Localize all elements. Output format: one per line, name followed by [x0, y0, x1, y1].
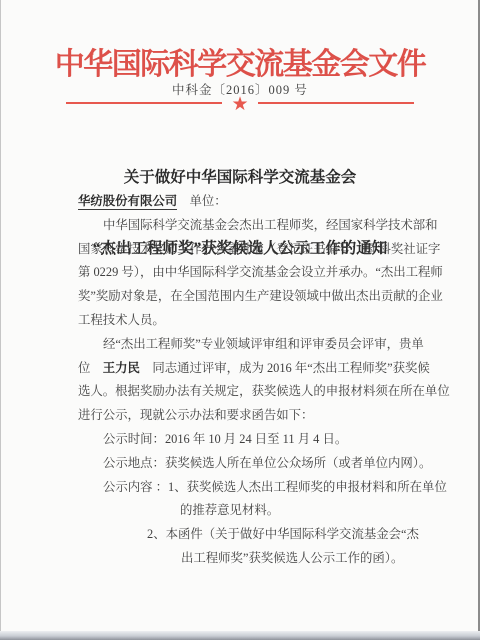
text-line: 中华国际科学交流基金会杰出工程师奖，经国家科学技术部和	[78, 214, 430, 238]
text-line: 进行公示，现就公示办法和要求函告如下：	[78, 404, 430, 428]
text-segment: 第 0229 号），由中华国际科学交流基金会设立并承办。“杰出工程师	[78, 265, 443, 279]
divider-line-left	[66, 102, 222, 104]
text-line: 位 王力民 同志通过评审，成为 2016 年“杰出工程师奖”获奖候	[78, 357, 430, 381]
emphasized-text: 王力民	[103, 361, 140, 375]
text-line: 公示内容 ：1、获奖候选人杰出工程师奖的申报材料和所在单位	[78, 476, 430, 500]
text-line: 奖”奖励对象是，在全国范围内生产建设领域中做出杰出贡献的企业	[78, 285, 430, 309]
text-line: 工程技术人员。	[78, 309, 430, 333]
text-segment: 同志通过评审，成为 2016 年“杰出工程师奖”获奖候	[140, 361, 430, 375]
text-segment: 2、本函件（关于做好中华国际科学交流基金会“杰	[147, 527, 419, 541]
text-segment: 经“杰出工程师奖”专业领域评审组和评审委员会评审，贵单	[103, 337, 424, 351]
document-page: 中华国际科学交流基金会文件 中科金〔2016〕009 号 ★ 关于做好中华国际科…	[0, 0, 480, 640]
text-line: 公示时间：2016 年 10 月 24 日至 11 月 4 日。	[78, 428, 430, 452]
text-segment: 奖”奖励对象是，在全国范围内生产建设领域中做出杰出贡献的企业	[78, 289, 443, 303]
letterhead-org-title: 中华国际科学交流基金会文件	[0, 39, 480, 83]
text-segment: 出工程师奖”获奖候选人公示工作的函）。	[181, 551, 403, 565]
text-segment: 单位：	[177, 194, 227, 208]
header-divider: ★	[0, 93, 480, 113]
emphasized-text: 华纺股份有限公司	[78, 194, 177, 210]
text-segment: 公示时间：2016 年 10 月 24 日至 11 月 4 日。	[103, 432, 347, 446]
document-body: 华纺股份有限公司 单位：中华国际科学交流基金会杰出工程师奖，经国家科学技术部和国…	[78, 190, 430, 571]
text-segment: 工程技术人员。	[78, 313, 165, 327]
text-line: 国家科学技术奖励工作办公室批准（登记证书编号：国 科奖社证字	[78, 238, 430, 262]
text-line: 公示地点：获奖候选人所在单位公众场所（或者单位内网）。	[78, 452, 430, 476]
text-segment: 的推荐意见材料。	[180, 503, 279, 517]
text-line: 经“杰出工程师奖”专业领域评审组和评审委员会评审，贵单	[78, 333, 430, 357]
document-title-line1: 关于做好中华国际科学交流基金会	[0, 166, 480, 190]
text-line: 华纺股份有限公司 单位：	[78, 190, 430, 214]
scan-edge-bottom	[0, 631, 480, 640]
divider-line-right	[258, 102, 414, 104]
text-line: 出工程师奖”获奖候选人公示工作的函）。	[78, 547, 430, 571]
text-line: 第 0229 号），由中华国际科学交流基金会设立并承办。“杰出工程师	[78, 261, 430, 285]
text-segment: 公示内容 ：1、获奖候选人杰出工程师奖的申报材料和所在单位	[103, 480, 447, 494]
text-segment: 进行公示，现就公示办法和要求函告如下：	[78, 408, 313, 422]
text-segment: 国家科学技术奖励工作办公室批准（登记证书编号：国 科奖社证字	[78, 242, 440, 256]
text-line: 选人。根据奖励办法有关规定，获奖候选人的申报材料须在所在单位	[78, 380, 430, 404]
text-line: 2、本函件（关于做好中华国际科学交流基金会“杰	[78, 523, 430, 547]
star-icon: ★	[231, 95, 248, 114]
text-segment: 位	[78, 361, 103, 375]
scan-edge-left	[0, 0, 1, 640]
text-line: 的推荐意见材料。	[78, 499, 430, 523]
text-segment: 中华国际科学交流基金会杰出工程师奖，经国家科学技术部和	[103, 218, 438, 232]
text-segment: 选人。根据奖励办法有关规定，获奖候选人的申报材料须在所在单位	[78, 384, 450, 398]
text-segment: 公示地点：获奖候选人所在单位公众场所（或者单位内网）。	[103, 456, 431, 470]
